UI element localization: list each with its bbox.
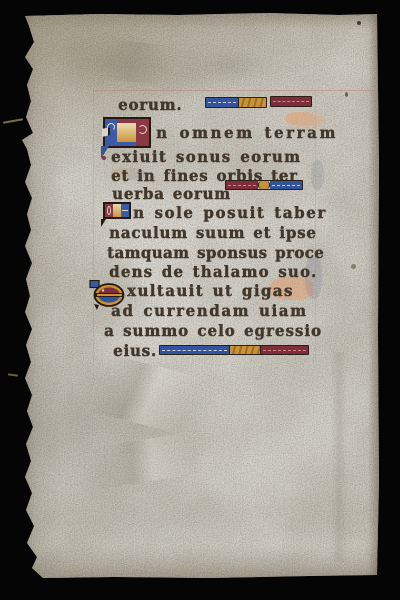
filler-gold-dot [258,181,270,189]
ruling-line-horizontal [93,90,375,91]
ink-smudge [311,160,324,190]
dirt-speck [357,21,361,25]
illuminated-initial-i-small [103,202,131,219]
parchment-fiber [3,118,23,123]
initial-filigree-dot [102,289,104,291]
filler-blue-segment [270,181,302,189]
text-line: n sole posuit taber [133,204,327,222]
filler-blue-segment [160,346,229,354]
photo-background: eorum. n omnem terram exiuit sonus eorum… [0,0,400,600]
filler-gold-segment [229,346,261,354]
filler-blue-segment [206,98,238,107]
initial-crossbar-gold [97,294,122,296]
text-line: n omnem terram [156,124,338,142]
parchment-crease [45,425,239,496]
fold-streak [331,352,347,562]
text-line: tamquam sponsus proce [107,244,324,262]
parchment-crease [57,34,210,89]
line-filler-maroon [270,96,312,107]
filler-gold-segment [238,98,266,107]
initial-maroon-knot [136,122,149,146]
illuminated-initial-e [89,280,127,310]
illuminated-initial-i-large [103,117,151,148]
initial-tail-flourish [94,304,99,310]
line-filler-blue-gold-maroon [159,345,309,355]
filler-maroon-segment [226,181,258,189]
ruling-line-vertical-left [93,90,94,362]
initial-tail-flourish [101,219,106,227]
initial-maroon-segment [105,204,113,217]
initial-gold-panel [117,123,136,142]
filler-maroon-segment [271,97,311,106]
line-filler-maroon-gold-blue [225,180,303,190]
text-line: a summo celo egressio [104,322,322,340]
initial-gold-segment [113,204,121,217]
dirt-speck [345,92,348,97]
text-line: dens de thalamo suo. [109,263,317,281]
text-line: xultauit ut gigas [127,282,294,300]
initial-blue-band [117,142,136,146]
dirt-speck [351,264,356,269]
initial-blue-corner [90,281,99,288]
filler-maroon-segment [260,346,308,354]
parchment-fiber [8,373,18,376]
initial-edge-notch [102,127,110,137]
line-filler-blue-gold [205,97,267,108]
manuscript-leaf: eorum. n omnem terram exiuit sonus eorum… [19,12,379,579]
text-line: exiuit sonus eorum [111,148,301,166]
text-line: eorum. [118,96,182,114]
text-line: eius. [113,342,157,360]
text-line: naculum suum et ipse [109,224,317,242]
initial-blue-segment [121,204,129,217]
text-line: ad currendam uiam [111,302,307,320]
initial-tail-tip [102,156,106,160]
text-line: uerba eorum [112,185,231,203]
